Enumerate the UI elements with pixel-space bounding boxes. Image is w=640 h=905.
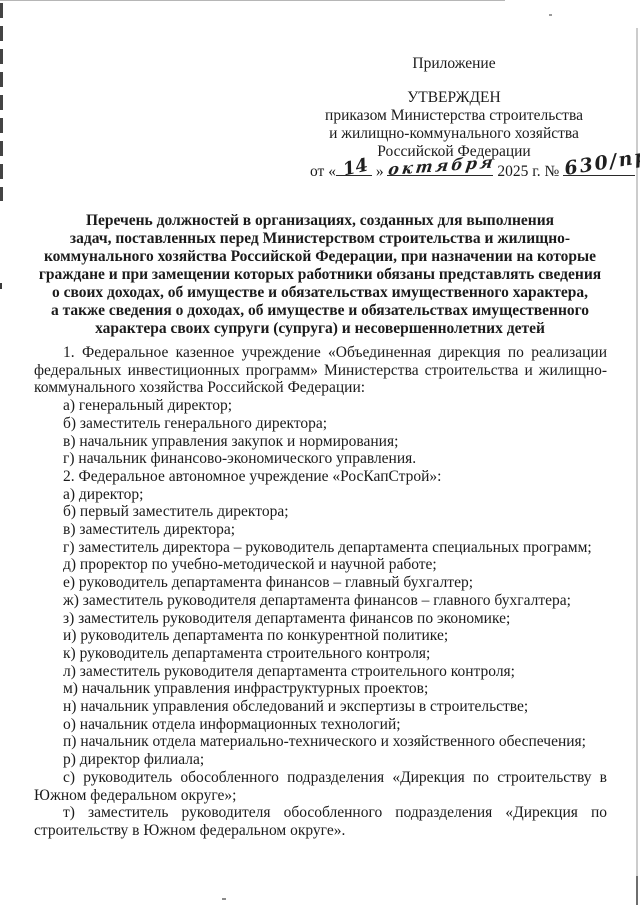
position-list-item: л) заместитель руководителя департамента… [34,663,607,681]
position-list-item: б) заместитель генерального директора; [34,415,607,433]
day-blank: 14 [336,162,372,176]
section-2-positions: а) директор;б) первый заместитель директ… [34,486,607,840]
approved-label: УТВЕРЖДЕН [300,89,608,107]
scan-edge-left [0,3,3,201]
position-list-item: р) директор филиала; [34,751,607,769]
approved-by-line: приказом Министерства строительства [300,107,608,125]
scan-edge-right-dark [636,876,638,905]
section-2-heading: 2. Федеральное автономное учреждение «Ро… [34,468,607,486]
position-list-item: т) заместитель руководителя обособленног… [34,804,607,839]
document-body: 1. Федеральное казенное учреждение «Объе… [34,344,607,840]
approved-by-line: и жилищно-коммунального хозяйства [300,125,608,143]
position-list-item: о) начальник отдела информационных техно… [34,716,607,734]
position-list-item: а) директор; [34,486,607,504]
document-title-line: коммунального хозяйства Российской Федер… [33,248,607,266]
scan-speck [222,898,226,900]
scan-edge-left-dot [0,283,2,289]
position-list-item: в) начальник управления закупок и нормир… [34,433,607,451]
position-list-item: д) проректор по учебно-методической и на… [34,556,607,574]
position-list-item: а) генеральный директор; [34,397,607,415]
approved-by-lines: приказом Министерства строительстваи жил… [300,107,608,161]
year-and-number-label: 2025 г. № [497,163,559,180]
approval-block: УТВЕРЖДЕН приказом Министерства строител… [300,89,608,181]
position-list-item: м) начальник управления инфраструктурных… [34,680,607,698]
order-number-blank: 630/пр [563,162,635,176]
section-1-heading: 1. Федеральное казенное учреждение «Объе… [34,344,607,397]
document-title-line: граждане и при замещении которых работни… [33,266,607,284]
scan-speck [549,14,552,16]
date-close-quote: » [376,163,384,180]
position-list-item: и) руководитель департамента по конкурен… [34,627,607,645]
document-title-line: задач, поставленных перед Министерством … [33,230,607,248]
document-title-line: о своих доходах, об имуществе и обязател… [33,284,607,302]
document-title: Перечень должностей в организациях, созд… [33,212,607,338]
date-line: от «14 » октября 2025 г. № 630/пр [310,162,618,181]
position-list-item: в) заместитель директора; [34,521,607,539]
position-list-item: г) заместитель директора – руководитель … [34,539,607,557]
position-list-item: к) руководитель департамента строительно… [34,645,607,663]
document-page: Приложение УТВЕРЖДЕН приказом Министерст… [0,0,640,905]
handwritten-day: 14 [341,157,369,180]
position-list-item: з) заместитель руководителя департамента… [34,610,607,628]
position-list-item: н) начальник управления обследований и э… [34,698,607,716]
document-title-line: а также сведения о доходах, об имуществе… [33,302,607,320]
document-title-line: характера своих супруги (супруга) и несо… [33,320,607,338]
position-list-item: б) первый заместитель директора; [34,503,607,521]
position-list-item: г) начальник финансово-экономического уп… [34,450,607,468]
position-list-item: е) руководитель департамента финансов – … [34,574,607,592]
month-blank: октября [387,162,493,176]
scan-edge-top [0,0,505,1]
position-list-item: с) руководитель обособленного подразделе… [34,769,607,804]
position-list-item: п) начальник отдела материально-техничес… [34,733,607,751]
section-1-positions: а) генеральный директор;б) заместитель г… [34,397,607,468]
annex-label: Приложение [300,55,608,73]
date-prefix: от « [310,163,336,180]
document-title-line: Перечень должностей в организациях, созд… [33,212,607,230]
position-list-item: ж) заместитель руководителя департамента… [34,592,607,610]
